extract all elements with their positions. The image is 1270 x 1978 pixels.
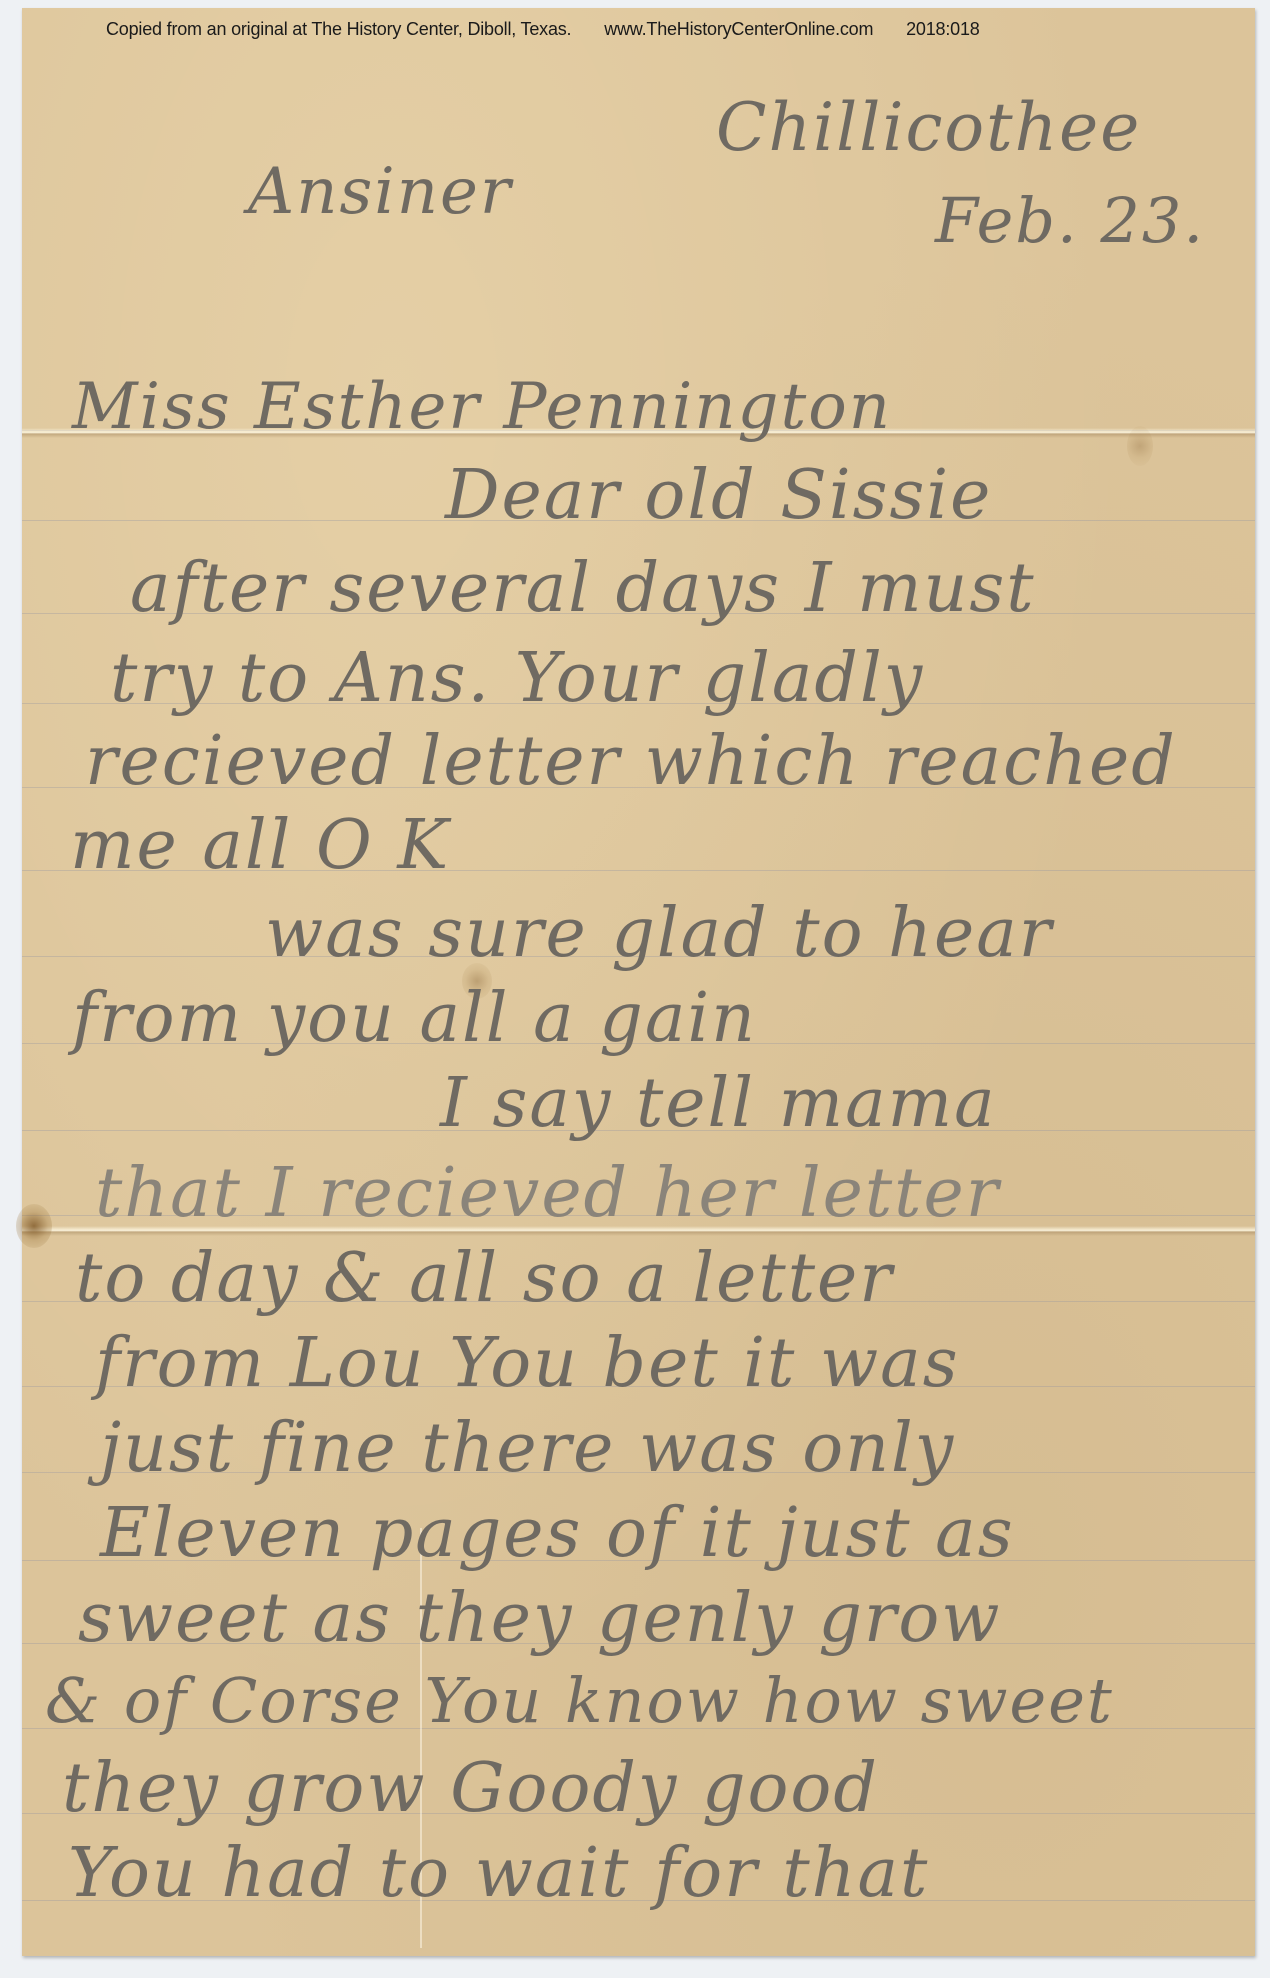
body-line: I say tell mama — [440, 1070, 997, 1138]
body-line: Eleven pages of it just as — [100, 1500, 1015, 1568]
stain-mark — [1127, 426, 1153, 466]
body-line: from you all a gain — [72, 985, 757, 1053]
body-line: & of Corse You know how sweet — [45, 1670, 1114, 1732]
body-line: to day & all so a letter — [75, 1245, 894, 1313]
letter-salutation: Dear old Sissie — [445, 462, 992, 530]
answer-annotation: Ansiner — [248, 160, 512, 224]
body-line: recieved letter which reached — [85, 728, 1177, 796]
body-line: just fine there was only — [100, 1415, 955, 1483]
letter-place: Chillicothee — [716, 95, 1141, 161]
letter-date: Feb. 23. — [935, 190, 1205, 252]
body-line: they grow Goody good — [62, 1755, 879, 1823]
letter-recipient: Miss Esther Pennington — [72, 375, 892, 439]
body-line: You had to wait for that — [68, 1840, 929, 1908]
body-line: try to Ans. Your gladly — [110, 645, 924, 713]
body-line: me all O K — [70, 812, 450, 880]
archive-credit: Copied from an original at The History C… — [106, 19, 571, 39]
archive-website: www.TheHistoryCenterOnline.com — [604, 19, 873, 39]
archive-header: Copied from an original at The History C… — [106, 19, 1008, 40]
body-line: sweet as they genly grow — [78, 1585, 1002, 1653]
body-line: that I recieved her letter — [95, 1160, 1000, 1228]
accession-number: 2018:018 — [906, 19, 979, 39]
stain-mark — [16, 1204, 52, 1248]
body-line: was sure glad to hear — [265, 900, 1053, 968]
body-line: after several days I must — [130, 555, 1036, 623]
body-line: from Lou You bet it was — [95, 1330, 960, 1398]
